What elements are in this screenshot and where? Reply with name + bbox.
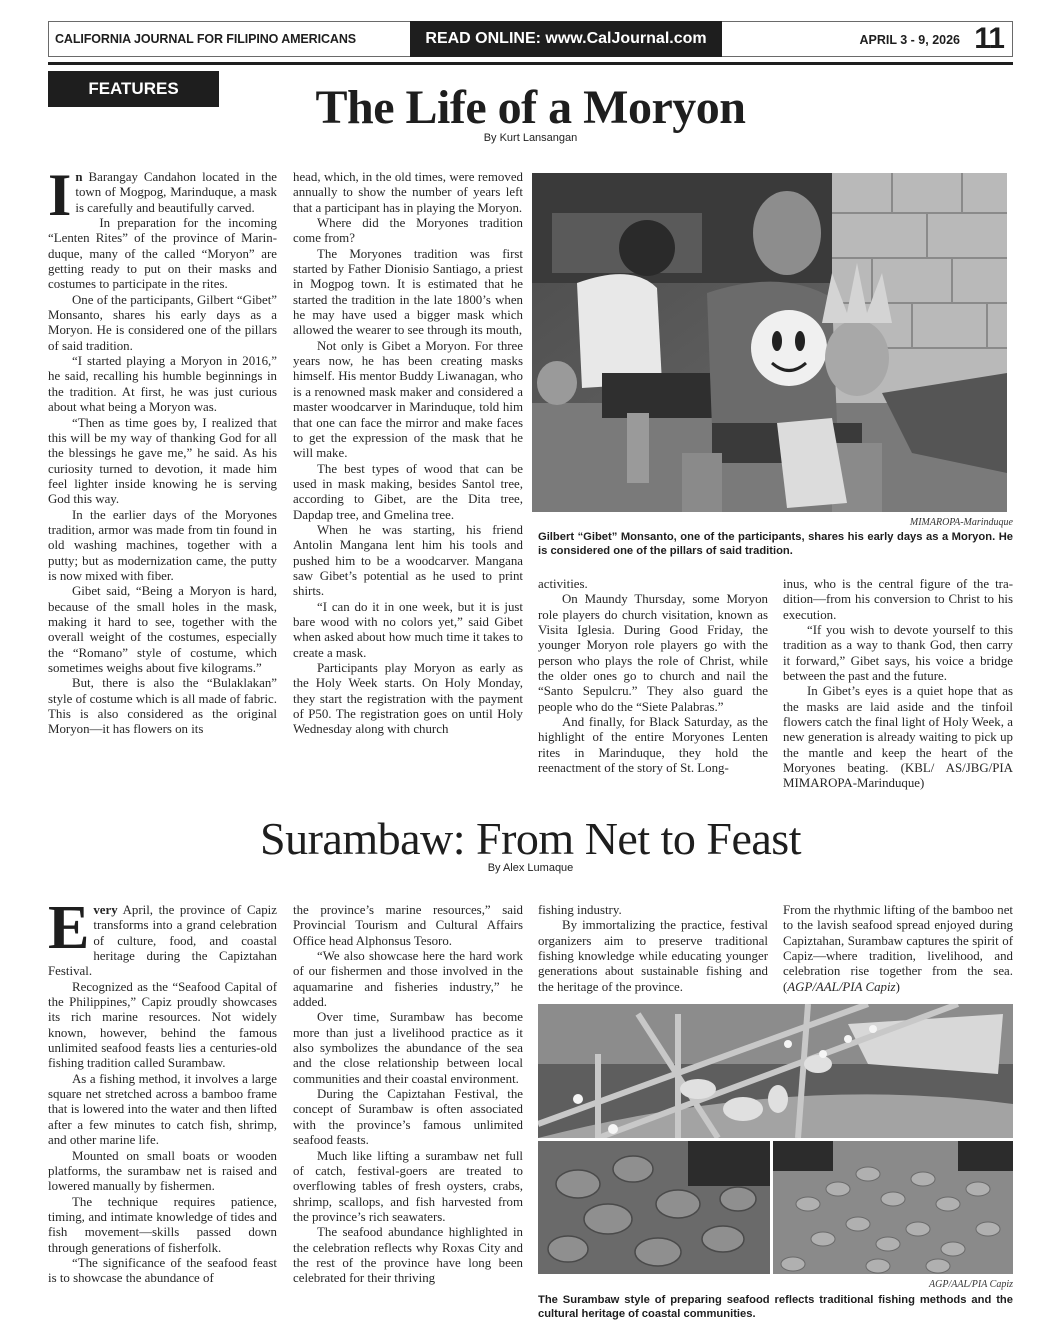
paragraph: In the earlier days of the Moryones trad… bbox=[48, 508, 277, 585]
publication-name: CALIFORNIA JOURNAL FOR FILIPINO AMERICAN… bbox=[55, 22, 356, 56]
paragraph: When he was starting, his friend Antolin… bbox=[293, 523, 523, 600]
paragraph: the province’s marine resources,” said P… bbox=[293, 903, 523, 949]
paragraph: The technique requires patience, timing,… bbox=[48, 1195, 277, 1256]
paragraph: From the rhythmic lifting of the bamboo … bbox=[783, 903, 1013, 995]
article1-photo-caption: Gilbert “Gibet” Monsanto, one of the par… bbox=[538, 530, 1013, 558]
paragraph: On Maundy Thursday, some Mo­ryon role pl… bbox=[538, 592, 768, 715]
paragraph: “If you wish to devote yourself to this … bbox=[783, 623, 1013, 684]
paragraph: “We also showcase here the hard work of … bbox=[293, 949, 523, 1010]
paragraph: During the Capiztahan Festival, the conc… bbox=[293, 1087, 523, 1148]
paragraph: Recognized as the “Seafood Cap­ital of t… bbox=[48, 980, 277, 1072]
article2-column-3: fishing industry. By immortalizing the p… bbox=[538, 903, 768, 995]
paragraph: activities. bbox=[538, 577, 768, 592]
article2-column-2: the province’s marine resources,” said P… bbox=[293, 903, 523, 1287]
paragraph: The best types of wood that can be used … bbox=[293, 462, 523, 523]
paragraph: head, which, in the old times, were re­m… bbox=[293, 170, 523, 216]
article2-byline: By Alex Lumaque bbox=[0, 862, 1061, 874]
read-online-link[interactable]: READ ONLINE: www.CalJournal.com bbox=[410, 21, 722, 57]
paragraph: “I can do it in one week, but it is just… bbox=[293, 600, 523, 661]
paragraph: As a fishing method, it involves a large… bbox=[48, 1072, 277, 1149]
paragraph: And finally, for Black Saturday, as the … bbox=[538, 715, 768, 776]
paragraph: One of the participants, Gilbert “Gibet”… bbox=[48, 293, 277, 354]
article2-title: Surambaw: From Net to Feast bbox=[0, 812, 1061, 865]
paragraph: The Moryones tradition was first started… bbox=[293, 247, 523, 339]
dropcap: E bbox=[48, 904, 89, 952]
article2-photo-caption: The Surambaw style of preparing seafood … bbox=[538, 1293, 1013, 1321]
article1-column-1: In Barangay Candahon located in the town… bbox=[48, 170, 277, 738]
article1-column-4: inus, who is the central figure of the t… bbox=[783, 577, 1013, 792]
article2-column-4: From the rhythmic lifting of the bamboo … bbox=[783, 903, 1013, 995]
paragraph: Participants play Moryon as early as the… bbox=[293, 661, 523, 738]
masthead: CALIFORNIA JOURNAL FOR FILIPINO AMERICAN… bbox=[48, 21, 1013, 57]
dropcap: I bbox=[48, 172, 71, 218]
paragraph: “The significance of the seafood feast i… bbox=[48, 1256, 277, 1287]
article2-photo-credit: AGP/AAL/PIA Capiz bbox=[538, 1279, 1013, 1290]
paragraph: In Gibet’s eyes is a quiet hope that as … bbox=[783, 684, 1013, 791]
paragraph: Over time, Surambaw has become more than… bbox=[293, 1010, 523, 1087]
paragraph: Gibet said, “Being a Moryon is hard, bec… bbox=[48, 584, 277, 676]
paragraph: Much like lifting a surambaw net full of… bbox=[293, 1149, 523, 1226]
issue-date: APRIL 3 - 9, 2026 bbox=[859, 22, 960, 56]
paragraph: “Then as time goes by, I realized that t… bbox=[48, 416, 277, 508]
moryon-photo bbox=[532, 173, 1007, 512]
paragraph: Mounted on small boats or wooden platfor… bbox=[48, 1149, 277, 1195]
article1-photo-credit: MIMAROPA-Marinduque bbox=[532, 517, 1013, 528]
paragraph: But, there is also the “Bulaklakan” styl… bbox=[48, 676, 277, 737]
article1-column-2: head, which, in the old times, were re­m… bbox=[293, 170, 523, 738]
masthead-divider bbox=[48, 62, 1013, 65]
paragraph: Not only is Gibet a Moryon. For three ye… bbox=[293, 339, 523, 462]
surambaw-photo-collage bbox=[538, 1004, 1013, 1274]
article1-title: The Life of a Moryon bbox=[0, 80, 1061, 135]
article1-byline: By Kurt Lansangan bbox=[0, 132, 1061, 144]
page-number: 11 bbox=[974, 19, 1004, 57]
article1-column-3: activities. On Maundy Thursday, some Mo­… bbox=[538, 577, 768, 776]
photo-surambaw-seafood-icon bbox=[538, 1004, 1013, 1274]
photo-moryon-carver-icon bbox=[532, 173, 1007, 512]
article2-column-1: Every April, the province of Capiz trans… bbox=[48, 903, 277, 1287]
paragraph: inus, who is the central figure of the t… bbox=[783, 577, 1013, 623]
paragraph: fishing industry. bbox=[538, 903, 768, 918]
paragraph: “I started playing a Moryon in 2016,” he… bbox=[48, 354, 277, 415]
paragraph: In Barangay Candahon located in the town… bbox=[48, 170, 277, 216]
paragraph: The seafood abundance highlight­ed in th… bbox=[293, 1225, 523, 1286]
paragraph: By immortalizing the practice, festi­val… bbox=[538, 918, 768, 995]
paragraph: Every April, the province of Capiz trans… bbox=[48, 903, 277, 980]
paragraph: In preparation for the incoming “Lenten … bbox=[48, 216, 277, 293]
paragraph: Where did the Moryones tradition come fr… bbox=[293, 216, 523, 247]
